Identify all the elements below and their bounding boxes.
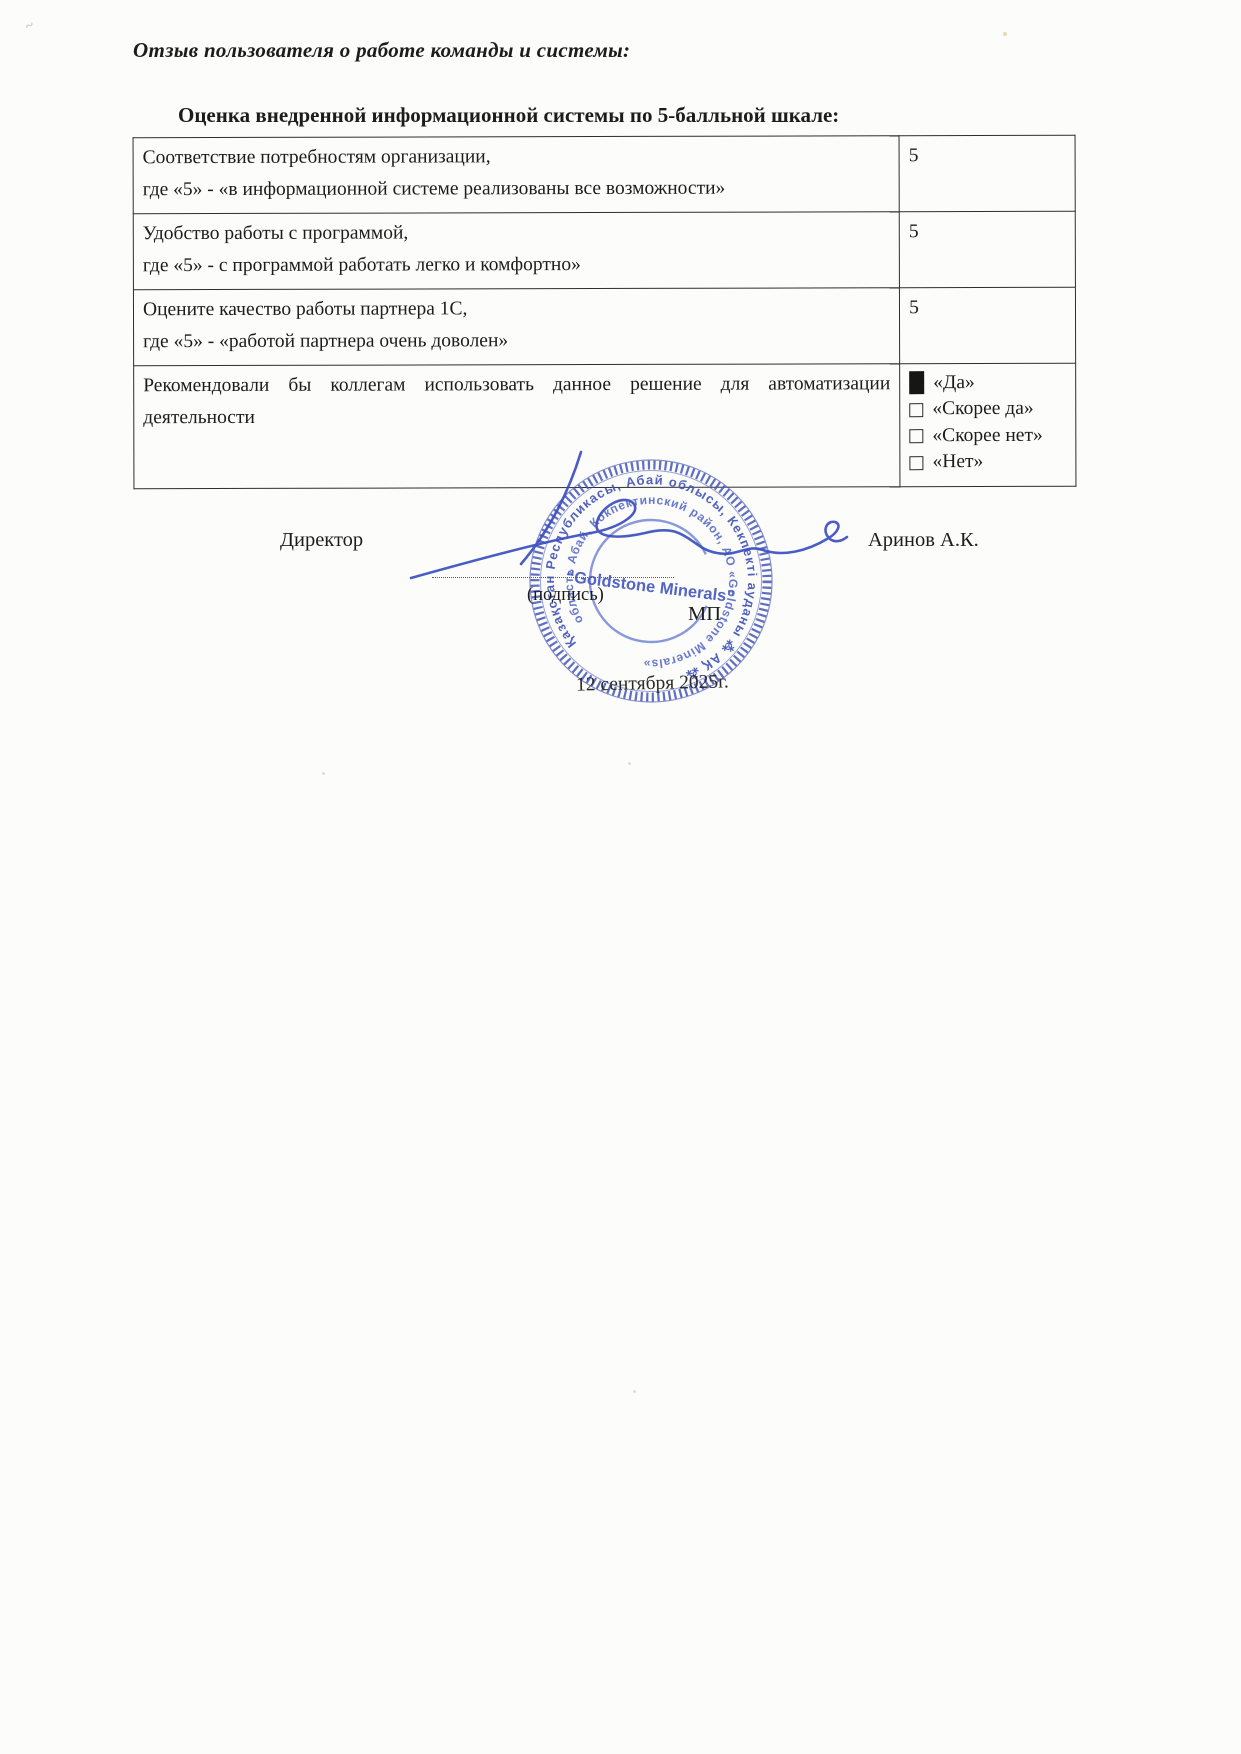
- criterion-cell: Соответствие потребностям организации, г…: [133, 136, 899, 214]
- signature-line: [432, 577, 674, 578]
- checkbox-icon: [909, 456, 923, 470]
- option-label: «Нет»: [932, 451, 983, 474]
- options-cell: «Да» «Скорее да» «Скорее нет» «Нет»: [900, 364, 1076, 487]
- score-cell: 5: [899, 211, 1075, 288]
- score-cell: 5: [900, 288, 1076, 365]
- scanned-feedback-document: ~ Отзыв пользователя о работе команды и …: [0, 0, 1241, 1754]
- criterion-line: где «5» - «в информационной системе реал…: [143, 172, 890, 206]
- criterion-cell: Оцените качество работы партнера 1С, где…: [133, 288, 899, 366]
- company-stamp: Қазақстан Республикасы, Абай облысы, Кек…: [522, 452, 780, 710]
- page-title: Отзыв пользователя о работе команды и си…: [133, 38, 630, 63]
- criterion-line: Оцените качество работы партнера 1С,: [143, 293, 890, 327]
- criterion-line: Соответствие потребностям организации,: [143, 140, 890, 174]
- rating-table: Соответствие потребностям организации, г…: [133, 135, 1077, 489]
- option-net: «Нет»: [909, 451, 1066, 474]
- criterion-line: Удобство работы с программой,: [143, 216, 890, 250]
- criterion-line: где «5» - с программой работать легко и …: [143, 248, 890, 282]
- signature-caption: (подпись): [527, 585, 604, 606]
- checkbox-checked-icon: [909, 372, 924, 395]
- table-row: Удобство работы с программой, где «5» - …: [133, 211, 1075, 290]
- scan-speckle: [633, 1390, 636, 1393]
- table-row: Оцените качество работы партнера 1С, где…: [133, 288, 1075, 367]
- criterion-cell: Рекомендовали бы коллегам использовать д…: [134, 364, 900, 488]
- criterion-line: Рекомендовали бы коллегам использовать д…: [143, 369, 890, 434]
- signer-name: Аринов А.К.: [868, 529, 979, 552]
- option-da: «Да»: [909, 371, 1066, 394]
- option-skoree-net: «Скорее нет»: [909, 425, 1066, 448]
- criterion-line: где «5» - «работой партнера очень доволе…: [143, 324, 890, 358]
- score-cell: 5: [899, 135, 1075, 212]
- table-heading: Оценка внедренной информационной системы…: [178, 103, 839, 128]
- checkbox-icon: [909, 403, 923, 417]
- checkbox-icon: [909, 429, 923, 443]
- option-label: «Скорее нет»: [932, 425, 1042, 448]
- scan-speckle: [628, 762, 631, 765]
- option-label: «Скорее да»: [932, 398, 1033, 421]
- signer-role-label: Директор: [280, 529, 363, 552]
- scan-artifact: ~: [22, 17, 37, 36]
- scan-speckle: [322, 772, 325, 775]
- scan-speckle: [1003, 32, 1007, 36]
- table-row: Соответствие потребностям организации, г…: [133, 135, 1075, 214]
- option-skoree-da: «Скорее да»: [909, 398, 1066, 421]
- option-label: «Да»: [933, 372, 975, 395]
- document-date: 12 сентября 2025г.: [576, 671, 729, 696]
- seal-place-mark: МП: [688, 603, 721, 626]
- criterion-cell: Удобство работы с программой, где «5» - …: [133, 212, 899, 290]
